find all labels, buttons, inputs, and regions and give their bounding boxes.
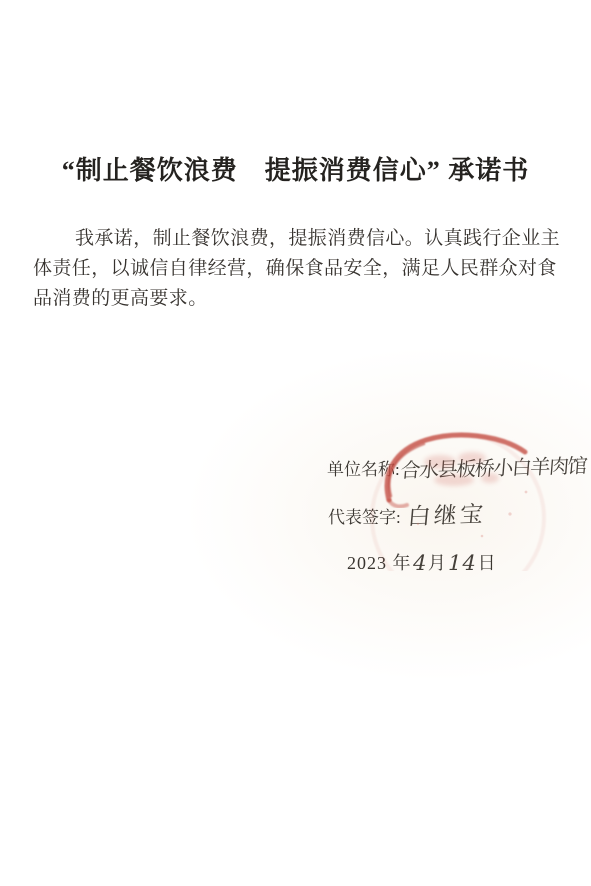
- date-day-number-handwritten: 14: [445, 551, 479, 575]
- body-line-1: 我承诺，制止餐饮浪费，提振消费信心。认真践行企业主: [33, 224, 561, 254]
- unit-name-handwritten: 合水县板桥小白羊肉馆: [399, 450, 587, 484]
- unit-name-label: 单位名称:: [327, 460, 400, 479]
- body-line-3: 品消费的更高要求。: [33, 284, 561, 314]
- representative-signature-handwritten: 白继宝: [406, 496, 487, 532]
- body-paragraph: 我承诺，制止餐饮浪费，提振消费信心。认真践行企业主 体责任，以诚信自律经营，确保…: [33, 224, 561, 314]
- body-line-2: 体责任，以诚信自律经营，确保食品安全，满足人民群众对食: [33, 254, 561, 284]
- representative-signature-line: 代表签字:白继宝: [328, 497, 486, 530]
- document-title: “制止餐饮浪费 提振消费信心” 承诺书: [0, 150, 591, 187]
- unit-name-line: 单位名称:合水县板桥小白羊肉馆: [327, 452, 586, 481]
- scanned-commitment-letter: “制止餐饮浪费 提振消费信心” 承诺书 我承诺，制止餐饮浪费，提振消费信心。认真…: [0, 0, 591, 886]
- date-day-label: 日: [478, 553, 497, 573]
- date-month-number-handwritten: 4: [410, 551, 429, 575]
- date-line: 2023 年4月14日: [347, 549, 497, 575]
- date-year: 2023 年: [347, 553, 412, 573]
- date-month-label: 月: [428, 553, 447, 573]
- representative-signature-label: 代表签字:: [328, 508, 401, 527]
- red-seal-stamp-icon: [358, 396, 578, 571]
